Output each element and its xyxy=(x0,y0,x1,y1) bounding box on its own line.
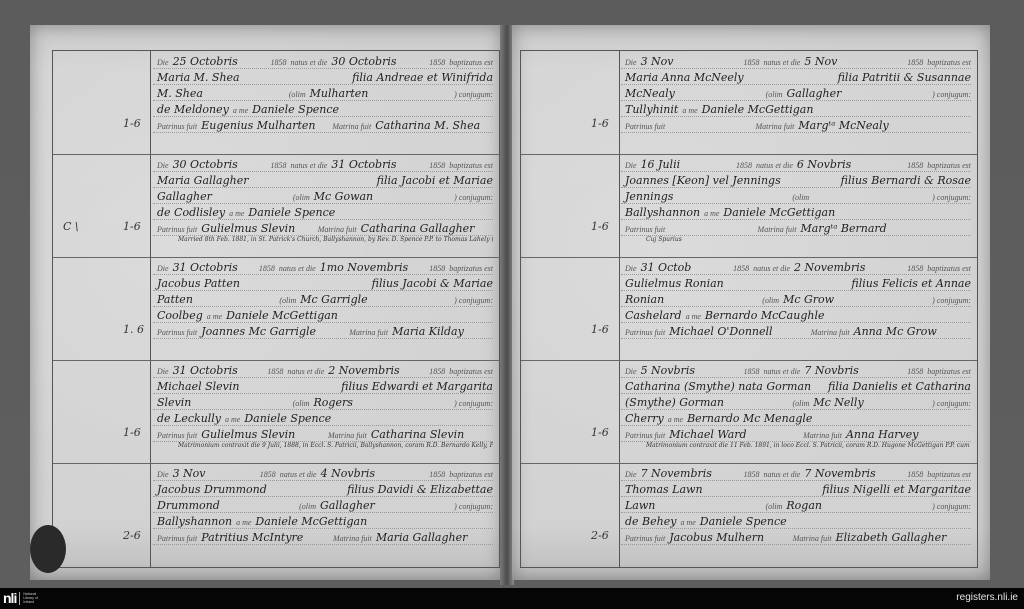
label-conjugum: ) conjugum: xyxy=(932,296,971,305)
parents-names: filius Edwardi et Margarita xyxy=(341,380,493,393)
mother-maiden-name: Rogan xyxy=(786,499,822,512)
label-matrina: Matrina fuit xyxy=(811,328,850,337)
label-die: Die xyxy=(157,470,169,479)
parents-names: filius Jacobi & Mariae xyxy=(372,277,493,290)
ruled-line xyxy=(621,84,971,85)
label-a-me: a me xyxy=(686,312,701,321)
residence-line: Cashelard a me Bernardo McCaughle xyxy=(625,309,971,322)
entry-margin-number: 1-6 xyxy=(591,426,609,439)
label-conjugum: ) conjugum: xyxy=(454,296,493,305)
name-line: Joannes [Keon] vel Jennings filius Berna… xyxy=(625,174,971,187)
mother-maiden-name: Mulharten xyxy=(310,87,369,100)
sponsors-line: Patrinus fuit Michael O'Donnell Matrina … xyxy=(625,325,971,338)
parents-names: filius Felicis et Annae xyxy=(851,277,971,290)
residence-line: de Meldoney a me Daniele Spence xyxy=(157,103,493,116)
label-matrina: Matrina fuit xyxy=(756,122,795,131)
baptism-year: 1858 xyxy=(907,264,923,273)
officiating-priest: Daniele McGettigan xyxy=(226,309,338,322)
godfather-name: Michael Ward xyxy=(669,428,746,441)
baptism-entry: 2-6 Die 3 Nov 1858 natus et die 4 Novbri… xyxy=(53,463,499,566)
site-link[interactable]: registers.nli.ie xyxy=(956,592,1018,603)
birth-year: 1858 xyxy=(270,58,286,67)
officiating-priest: Daniele Spence xyxy=(248,206,335,219)
ruled-line xyxy=(153,171,493,172)
date-line: Die 31 Octobris 1858 natus et die 1mo No… xyxy=(157,261,493,274)
ruled-line xyxy=(621,393,971,394)
residence-line: Tullyhinit a me Daniele McGettigan xyxy=(625,103,971,116)
label-conjugum: ) conjugum: xyxy=(932,502,971,511)
baptism-date: 6 Novbris xyxy=(797,158,851,171)
name-line: Gulielmus Ronian filius Felicis et Annae xyxy=(625,277,971,290)
baptism-date: 1mo Novembris xyxy=(320,261,408,274)
family-surname: M. Shea xyxy=(157,87,203,100)
entry-margin-number: 1-6 xyxy=(123,117,141,130)
family-surname: Gallagher xyxy=(157,190,212,203)
residence-line: de Codlisley a me Daniele Spence xyxy=(157,206,493,219)
nli-logo-text: National Library of Ireland xyxy=(23,592,45,604)
godmother-name: Catharina Gallagher xyxy=(361,222,475,235)
sponsors-line: Patrinus fuit Joannes Mc Garrigle Matrin… xyxy=(157,325,493,338)
label-olim: (olim xyxy=(762,296,779,305)
entry-margin-number: 1-6 xyxy=(591,323,609,336)
ruled-line xyxy=(621,306,971,307)
birth-year: 1858 xyxy=(736,161,752,170)
ruled-line xyxy=(621,512,971,513)
label-matrina: Matrina fuit xyxy=(328,431,367,440)
ruled-line xyxy=(153,480,493,481)
label-matrina: Matrina fuit xyxy=(803,431,842,440)
child-name: Maria Gallagher xyxy=(157,174,249,187)
godmother-name: Maria Kilday xyxy=(392,325,464,338)
godfather-name: Patritius McIntyre xyxy=(201,531,303,544)
label-die: Die xyxy=(157,367,169,376)
register-table-left: 1-6 Die 25 Octobris 1858 natus et die 30… xyxy=(52,50,500,568)
label-matrina: Matrina fuit xyxy=(332,122,371,131)
child-name: Jacobus Patten xyxy=(157,277,240,290)
birth-year: 1858 xyxy=(743,58,759,67)
ruled-line xyxy=(153,496,493,497)
entry-margin-number: 2-6 xyxy=(591,529,609,542)
residence-line: Ballyshannon a me Daniele McGettigan xyxy=(157,515,493,528)
thumb-shadow xyxy=(30,525,66,573)
godmother-name: Anna Mc Grow xyxy=(854,325,937,338)
label-baptizatus: baptizatus est xyxy=(449,470,493,479)
residence-line: Ballyshannon a me Daniele McGettigan xyxy=(625,206,971,219)
ruled-line xyxy=(621,290,971,291)
officiating-priest: Daniele Spence xyxy=(700,515,787,528)
baptism-entry: 1-6 Die 16 Julii 1858 natus et die 6 Nov… xyxy=(521,154,977,258)
ruled-line xyxy=(153,290,493,291)
ruled-line xyxy=(153,116,493,117)
ruled-line xyxy=(621,187,971,188)
ruled-line xyxy=(153,322,493,323)
officiating-priest: Daniele McGettigan xyxy=(255,515,367,528)
marginal-note: Married 8th Feb. 1881, in St. Patrick's … xyxy=(178,236,493,243)
baptism-year: 1858 xyxy=(907,58,923,67)
ruled-line xyxy=(621,203,971,204)
label-baptizatus: baptizatus est xyxy=(449,264,493,273)
label-conjugum: ) conjugum: xyxy=(454,399,493,408)
label-conjugum: ) conjugum: xyxy=(932,90,971,99)
label-natus: natus et die xyxy=(280,470,317,479)
baptism-entry: 1-6 Die 5 Novbris 1858 natus et die 7 No… xyxy=(521,360,977,464)
parents-names: filius Davidi & Elizabettae xyxy=(347,483,493,496)
godmother-name: Margᵗᵃ McNealy xyxy=(798,119,888,132)
residence-line: Coolbeg a me Daniele McGettigan xyxy=(157,309,493,322)
ruled-line xyxy=(153,512,493,513)
sponsors-line: Patrinus fuit Patritius McIntyre Matrina… xyxy=(157,531,493,544)
label-conjugum: ) conjugum: xyxy=(932,399,971,408)
label-natus: natus et die xyxy=(763,470,800,479)
register-page-right: 1-6 Die 3 Nov 1858 natus et die 5 Nov 18… xyxy=(512,25,990,580)
label-matrina: Matrina fuit xyxy=(758,225,797,234)
label-conjugum: ) conjugum: xyxy=(454,90,493,99)
label-olim: (olim xyxy=(299,502,316,511)
parents-names: filia Patritii & Susannae xyxy=(838,71,971,84)
birth-year: 1858 xyxy=(260,470,276,479)
label-natus: natus et die xyxy=(763,367,800,376)
marginal-note: Matrimonium contraxit die 9 Julii, 1888,… xyxy=(178,442,493,449)
ruled-line xyxy=(153,203,493,204)
ruled-line xyxy=(153,219,493,220)
family-surname: Patten xyxy=(157,293,193,306)
child-name: Maria M. Shea xyxy=(157,71,240,84)
ruled-line xyxy=(153,68,493,69)
label-natus: natus et die xyxy=(753,264,790,273)
officiating-priest: Daniele Spence xyxy=(252,103,339,116)
family-surname: Lawn xyxy=(625,499,655,512)
godmother-name: Catharina Slevin xyxy=(371,428,464,441)
label-natus: natus et die xyxy=(756,161,793,170)
label-patrinus: Patrinus fuit xyxy=(157,431,197,440)
label-natus: natus et die xyxy=(763,58,800,67)
ruled-line xyxy=(153,274,493,275)
mother-maiden-name: Gallagher xyxy=(787,87,842,100)
baptism-date: 2 Novembris xyxy=(794,261,865,274)
label-olim: (olim xyxy=(792,193,809,202)
family-surname: Jennings xyxy=(625,190,673,203)
label-patrinus: Patrinus fuit xyxy=(157,225,197,234)
label-a-me: a me xyxy=(704,209,719,218)
date-line: Die 3 Nov 1858 natus et die 4 Novbris 18… xyxy=(157,467,493,480)
birth-date: 7 Novembris xyxy=(641,467,712,480)
godfather-name: Gulielmus Slevin xyxy=(201,222,295,235)
ruled-line xyxy=(621,132,971,133)
label-baptizatus: baptizatus est xyxy=(449,367,493,376)
birth-year: 1858 xyxy=(733,264,749,273)
label-a-me: a me xyxy=(225,415,240,424)
surname-line: Drummond (olim Gallagher ) conjugum: xyxy=(157,499,493,512)
child-name: Maria Anna McNeely xyxy=(625,71,744,84)
date-line: Die 3 Nov 1858 natus et die 5 Nov 1858 b… xyxy=(625,55,971,68)
entry-margin-number: 1-6 xyxy=(591,117,609,130)
label-natus: natus et die xyxy=(279,264,316,273)
godmother-name: Elizabeth Gallagher xyxy=(836,531,947,544)
label-matrina: Matrina fuit xyxy=(349,328,388,337)
label-olim: (olim xyxy=(293,399,310,408)
parents-names: filia Jacobi et Mariae xyxy=(377,174,493,187)
godmother-name: Maria Gallagher xyxy=(376,531,468,544)
surname-line: Jennings (olim ) conjugum: xyxy=(625,190,971,203)
label-conjugum: ) conjugum: xyxy=(454,193,493,202)
footer-bar: nli National Library of Ireland register… xyxy=(0,588,1024,609)
officiating-priest: Daniele McGettigan xyxy=(723,206,835,219)
parents-names: filius Bernardi & Rosae xyxy=(841,174,971,187)
label-conjugum: ) conjugum: xyxy=(454,502,493,511)
ruled-line xyxy=(621,338,971,339)
ruled-line xyxy=(621,68,971,69)
surname-line: Patten (olim Mc Garrigle ) conjugum: xyxy=(157,293,493,306)
surname-line: Gallagher (olim Mc Gowan ) conjugum: xyxy=(157,190,493,203)
baptism-date: 7 Novbris xyxy=(804,364,858,377)
residence: Cherry xyxy=(625,412,664,425)
godmother-name: Margᵗᵃ Bernard xyxy=(800,222,886,235)
baptism-date: 4 Novbris xyxy=(321,467,375,480)
name-line: Jacobus Patten filius Jacobi & Mariae xyxy=(157,277,493,290)
label-matrina: Matrina fuit xyxy=(793,534,832,543)
label-die: Die xyxy=(625,264,637,273)
baptism-year: 1858 xyxy=(429,161,445,170)
ruled-line xyxy=(153,425,493,426)
label-a-me: a me xyxy=(668,415,683,424)
baptism-year: 1858 xyxy=(429,367,445,376)
baptism-year: 1858 xyxy=(907,367,923,376)
marginal-note: Cuj Spurius xyxy=(646,236,971,243)
label-natus: natus et die xyxy=(290,58,327,67)
label-matrina: Matrina fuit xyxy=(333,534,372,543)
label-conjugum: ) conjugum: xyxy=(932,193,971,202)
date-line: Die 5 Novbris 1858 natus et die 7 Novbri… xyxy=(625,364,971,377)
residence: Ballyshannon xyxy=(157,515,232,528)
name-line: Maria Gallagher filia Jacobi et Mariae xyxy=(157,174,493,187)
mother-maiden-name: Mc Garrigle xyxy=(300,293,367,306)
register-page-left: 1-6 Die 25 Octobris 1858 natus et die 30… xyxy=(30,25,502,580)
logo-divider xyxy=(19,592,20,605)
ruled-line xyxy=(153,338,493,339)
baptism-entry: 1-6 C \ Die 30 Octobris 1858 natus et di… xyxy=(53,154,499,258)
label-baptizatus: baptizatus est xyxy=(927,58,971,67)
label-patrinus: Patrinus fuit xyxy=(157,122,197,131)
label-olim: (olim xyxy=(293,193,310,202)
label-olim: (olim xyxy=(766,502,783,511)
date-line: Die 25 Octobris 1858 natus et die 30 Oct… xyxy=(157,55,493,68)
residence: de Codlisley xyxy=(157,206,225,219)
ruled-line xyxy=(153,132,493,133)
mother-maiden-name: Gallagher xyxy=(320,499,375,512)
sponsors-line: Patrinus fuit Gulielmus Slevin Matrina f… xyxy=(157,428,493,441)
birth-year: 1858 xyxy=(743,367,759,376)
baptism-date: 31 Octobris xyxy=(331,158,396,171)
label-patrinus: Patrinus fuit xyxy=(157,534,197,543)
ruled-line xyxy=(621,496,971,497)
ruled-line xyxy=(153,100,493,101)
sponsors-line: Patrinus fuit Michael Ward Matrina fuit … xyxy=(625,428,971,441)
sponsors-line: Patrinus fuit Matrina fuit Margᵗᵃ McNeal… xyxy=(625,119,971,132)
baptism-entry: 1-6 Die 31 Octobris 1858 natus et die 2 … xyxy=(53,360,499,464)
ruled-line xyxy=(621,219,971,220)
surname-line: McNealy (olim Gallagher ) conjugum: xyxy=(625,87,971,100)
residence: de Leckully xyxy=(157,412,221,425)
label-matrina: Matrina fuit xyxy=(318,225,357,234)
baptism-entry: 1-6 Die 31 Octob 1858 natus et die 2 Nov… xyxy=(521,257,977,361)
ruled-line xyxy=(153,306,493,307)
label-baptizatus: baptizatus est xyxy=(927,264,971,273)
ruled-line xyxy=(621,528,971,529)
sponsors-line: Patrinus fuit Eugenius Mulharten Matrina… xyxy=(157,119,493,132)
family-surname: Drummond xyxy=(157,499,220,512)
ruled-line xyxy=(621,171,971,172)
ruled-line xyxy=(621,322,971,323)
label-die: Die xyxy=(157,161,169,170)
birth-year: 1858 xyxy=(267,367,283,376)
residence: de Meldoney xyxy=(157,103,229,116)
mother-maiden-name: Rogers xyxy=(314,396,353,409)
ruled-line xyxy=(153,84,493,85)
label-a-me: a me xyxy=(682,106,697,115)
label-die: Die xyxy=(625,470,637,479)
register-table-right: 1-6 Die 3 Nov 1858 natus et die 5 Nov 18… xyxy=(520,50,978,568)
label-a-me: a me xyxy=(229,209,244,218)
child-name: Catharina (Smythe) nata Gorman xyxy=(625,380,811,393)
baptism-date: 7 Novembris xyxy=(804,467,875,480)
entry-margin-number: 1-6 xyxy=(123,220,141,233)
residence: Coolbeg xyxy=(157,309,203,322)
sponsors-line: Patrinus fuit Gulielmus Slevin Matrina f… xyxy=(157,222,493,235)
label-patrinus: Patrinus fuit xyxy=(625,328,665,337)
ruled-line xyxy=(153,377,493,378)
birth-date: 16 Julii xyxy=(641,158,681,171)
baptism-entry: 1-6 Die 3 Nov 1858 natus et die 5 Nov 18… xyxy=(521,51,977,155)
godfather-name: Joannes Mc Garrigle xyxy=(201,325,316,338)
label-olim: (olim xyxy=(279,296,296,305)
birth-date: 3 Nov xyxy=(173,467,206,480)
label-a-me: a me xyxy=(680,518,695,527)
child-name: Jacobus Drummond xyxy=(157,483,267,496)
date-line: Die 30 Octobris 1858 natus et die 31 Oct… xyxy=(157,158,493,171)
label-a-me: a me xyxy=(236,518,251,527)
ruled-line xyxy=(621,274,971,275)
parents-names: filia Andreae et Winifrida xyxy=(352,71,493,84)
date-line: Die 7 Novembris 1858 natus et die 7 Nove… xyxy=(625,467,971,480)
label-die: Die xyxy=(157,58,169,67)
residence-line: de Behey a me Daniele Spence xyxy=(625,515,971,528)
label-patrinus: Patrinus fuit xyxy=(625,225,665,234)
baptism-year: 1858 xyxy=(429,264,445,273)
label-patrinus: Patrinus fuit xyxy=(625,534,665,543)
baptism-date: 30 Octobris xyxy=(331,55,396,68)
ruled-line xyxy=(621,100,971,101)
birth-date: 31 Octob xyxy=(641,261,692,274)
date-line: Die 31 Octobris 1858 natus et die 2 Nove… xyxy=(157,364,493,377)
officiating-priest: Bernardo McCaughle xyxy=(705,309,825,322)
mother-maiden-name: Mc Grow xyxy=(783,293,834,306)
label-die: Die xyxy=(625,58,637,67)
label-baptizatus: baptizatus est xyxy=(927,470,971,479)
label-die: Die xyxy=(625,161,637,170)
surname-line: Ronian (olim Mc Grow ) conjugum: xyxy=(625,293,971,306)
label-natus: natus et die xyxy=(287,367,324,376)
birth-date: 3 Nov xyxy=(641,55,674,68)
birth-date: 31 Octobris xyxy=(173,261,238,274)
baptism-entry: 1-6 Die 25 Octobris 1858 natus et die 30… xyxy=(53,51,499,155)
family-surname: Ronian xyxy=(625,293,664,306)
label-olim: (olim xyxy=(766,90,783,99)
baptism-entry: 1. 6 Die 31 Octobris 1858 natus et die 1… xyxy=(53,257,499,361)
label-baptizatus: baptizatus est xyxy=(449,58,493,67)
marginal-note: Matrimonium contraxit die 11 Feb. 1891, … xyxy=(646,442,971,449)
entry-margin-number: 1. 6 xyxy=(123,323,144,336)
godfather-name: Michael O'Donnell xyxy=(669,325,772,338)
entry-margin-mark: C \ xyxy=(63,220,79,233)
surname-line: Lawn (olim Rogan ) conjugum: xyxy=(625,499,971,512)
residence: Tullyhinit xyxy=(625,103,678,116)
label-patrinus: Patrinus fuit xyxy=(625,431,665,440)
name-line: Michael Slevin filius Edwardi et Margari… xyxy=(157,380,493,393)
residence: Ballyshannon xyxy=(625,206,700,219)
birth-year: 1858 xyxy=(259,264,275,273)
parents-names: filia Danielis et Catharina xyxy=(828,380,971,393)
entry-margin-number: 1-6 xyxy=(591,220,609,233)
birth-year: 1858 xyxy=(270,161,286,170)
birth-year: 1858 xyxy=(743,470,759,479)
ruled-line xyxy=(153,187,493,188)
name-line: Jacobus Drummond filius Davidi & Elizabe… xyxy=(157,483,493,496)
godmother-name: Anna Harvey xyxy=(846,428,919,441)
label-patrinus: Patrinus fuit xyxy=(625,122,665,131)
nli-logo[interactable]: nli National Library of Ireland xyxy=(3,591,45,605)
mother-maiden-name: Mc Gowan xyxy=(314,190,373,203)
residence-line: de Leckully a me Daniele Spence xyxy=(157,412,493,425)
ruled-line xyxy=(621,425,971,426)
baptism-year: 1858 xyxy=(907,470,923,479)
baptism-date: 2 Novembris xyxy=(328,364,399,377)
date-line: Die 16 Julii 1858 natus et die 6 Novbris… xyxy=(625,158,971,171)
name-line: Thomas Lawn filius Nigelli et Margaritae xyxy=(625,483,971,496)
baptism-entry: 2-6 Die 7 Novembris 1858 natus et die 7 … xyxy=(521,463,977,566)
sponsors-line: Patrinus fuit Jacobus Mulhern Matrina fu… xyxy=(625,531,971,544)
residence: de Behey xyxy=(625,515,676,528)
ruled-line xyxy=(621,409,971,410)
godfather-name: Jacobus Mulhern xyxy=(669,531,764,544)
label-baptizatus: baptizatus est xyxy=(927,161,971,170)
baptism-year: 1858 xyxy=(429,470,445,479)
ruled-line xyxy=(153,544,493,545)
ruled-line xyxy=(621,116,971,117)
child-name: Joannes [Keon] vel Jennings xyxy=(625,174,781,187)
residence: Cashelard xyxy=(625,309,682,322)
label-patrinus: Patrinus fuit xyxy=(157,328,197,337)
ruled-line xyxy=(621,544,971,545)
officiating-priest: Bernardo Mc Menagle xyxy=(687,412,812,425)
officiating-priest: Daniele Spence xyxy=(244,412,331,425)
name-line: Maria M. Shea filia Andreae et Winifrida xyxy=(157,71,493,84)
label-die: Die xyxy=(625,367,637,376)
ruled-line xyxy=(621,377,971,378)
baptism-year: 1858 xyxy=(907,161,923,170)
name-line: Maria Anna McNeely filia Patritii & Susa… xyxy=(625,71,971,84)
label-baptizatus: baptizatus est xyxy=(927,367,971,376)
godmother-name: Catharina M. Shea xyxy=(375,119,480,132)
birth-date: 30 Octobris xyxy=(173,158,238,171)
residence-line: Cherry a me Bernardo Mc Menagle xyxy=(625,412,971,425)
ruled-line xyxy=(153,409,493,410)
label-a-me: a me xyxy=(233,106,248,115)
family-surname: (Smythe) Gorman xyxy=(625,396,724,409)
birth-date: 5 Novbris xyxy=(641,364,695,377)
sponsors-line: Patrinus fuit Matrina fuit Margᵗᵃ Bernar… xyxy=(625,222,971,235)
parents-names: filius Nigelli et Margaritae xyxy=(822,483,971,496)
entry-margin-number: 2-6 xyxy=(123,529,141,542)
